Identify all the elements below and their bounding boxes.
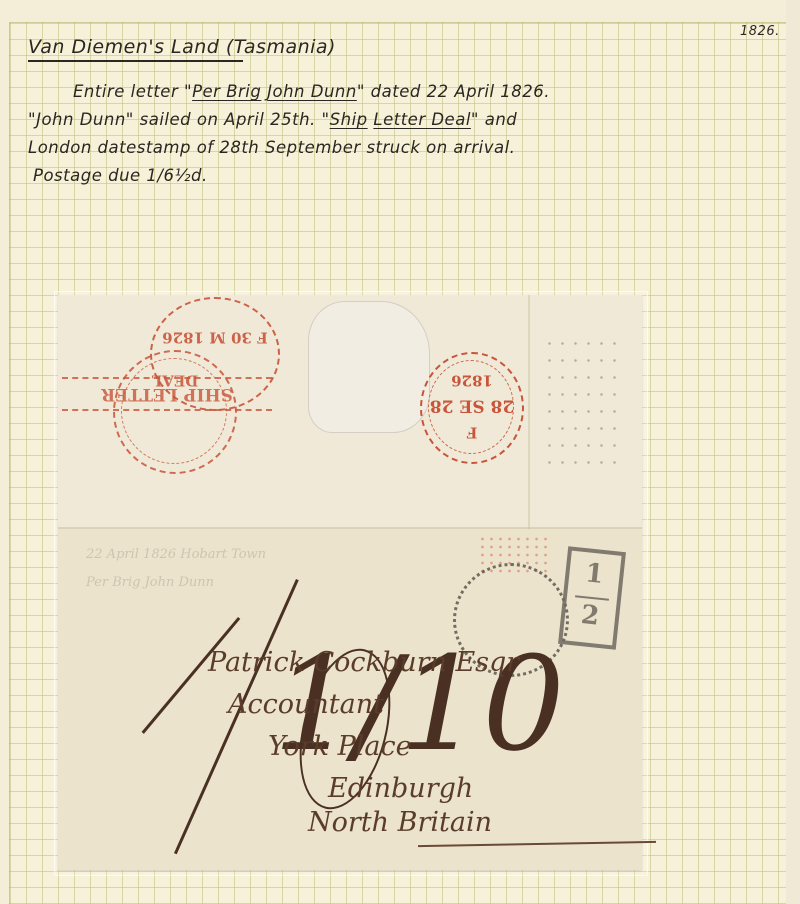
address-underline <box>418 841 656 847</box>
title-underline <box>28 60 243 62</box>
description-line-3: London datestamp of 28th September struc… <box>28 138 515 157</box>
fold-line <box>528 295 530 535</box>
london-datestamp: 1826 28 SE 28 F <box>420 352 524 464</box>
album-page: 1826. Van Diemen's Land (Tasmania) Entir… <box>0 0 800 904</box>
boxed-charge-mark: 1 2 <box>558 546 626 650</box>
address-title: Accountant <box>228 689 384 720</box>
address-name: Patrick Cockburn Esqr <box>208 647 519 678</box>
address-country: North Britain <box>308 807 492 838</box>
docket-offset: 22 April 1826 Hobart Town <box>86 547 266 562</box>
page-margin <box>786 0 800 904</box>
ink-spots <box>543 335 623 465</box>
seal-tear <box>308 301 430 433</box>
address-city: Edinburgh <box>328 773 473 804</box>
entire-letter: F 30 M 1826 DEAL SHIP LETTER 1826 28 SE … <box>58 295 642 870</box>
description-line-1: Entire letter "Per Brig John Dunn" dated… <box>73 82 550 101</box>
letter-address-panel: 22 April 1826 Hobart Town Per Brig John … <box>58 529 642 870</box>
description-line-2: "John Dunn" sailed on April 25th. "Ship … <box>28 110 517 129</box>
docket-offset: Per Brig John Dunn <box>86 575 214 590</box>
underlined-text: Letter Deal <box>373 110 471 129</box>
page-title: Van Diemen's Land (Tasmania) <box>28 36 336 58</box>
page-year: 1826. <box>740 24 780 39</box>
underlined-text: John Dunn <box>267 82 357 101</box>
address-street: York Place <box>268 731 412 762</box>
deal-circular-stamp: DEAL <box>113 350 237 474</box>
description-line-4: Postage due 1/6½d. <box>33 166 208 185</box>
underlined-text: Per Brig <box>192 82 261 101</box>
ship-letter-stamp: SHIP LETTER <box>62 377 272 411</box>
letter-back-flap: F 30 M 1826 DEAL SHIP LETTER 1826 28 SE … <box>58 295 642 528</box>
underlined-text: Ship <box>330 110 368 129</box>
